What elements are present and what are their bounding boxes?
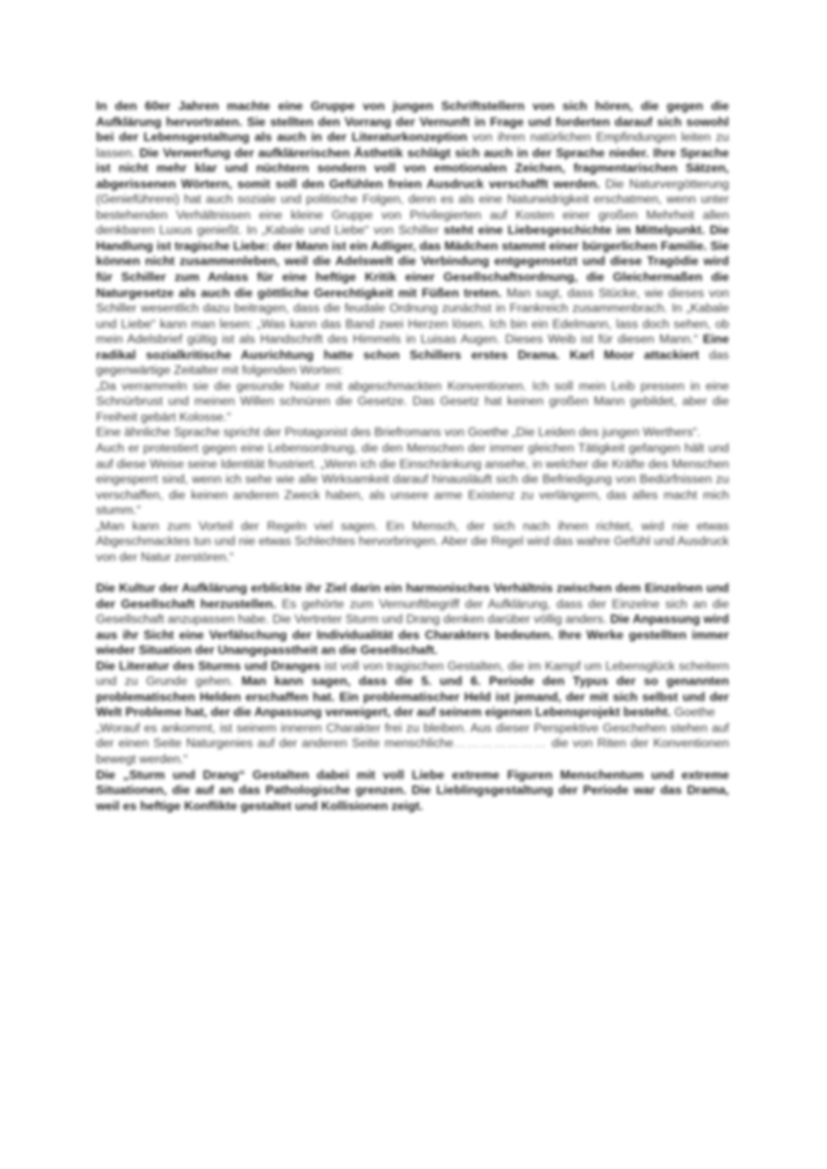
text-segment: Goethe — [674, 705, 715, 719]
paragraph: Die Kultur der Aufklärung erblickte ihr … — [96, 581, 729, 659]
bold-text-segment: Die „Sturm und Drang“ Gestalten dabei mi… — [96, 768, 729, 813]
text-segment: „Man kann zum Vorteil der Regeln viel sa… — [96, 519, 729, 564]
text-segment: Auch er protestiert gegen eine Lebensord… — [96, 441, 729, 517]
document-page: In den 60er Jahren machte eine Gruppe vo… — [96, 99, 729, 814]
bold-text-segment: Die Literatur des Sturms und Dranges — [96, 659, 324, 673]
paragraph: „Worauf es ankommt, ist seinem inneren C… — [96, 721, 729, 768]
text-segment: „Da verrammeln sie die gesunde Natur mit… — [96, 379, 729, 424]
paragraph: Auch er protestiert gegen eine Lebensord… — [96, 441, 729, 519]
paragraph: Eine ähnliche Sprache spricht der Protag… — [96, 425, 729, 441]
paragraph: Die Literatur des Sturms und Dranges ist… — [96, 659, 729, 721]
text-segment: Eine ähnliche Sprache spricht der Protag… — [96, 425, 701, 439]
paragraph: In den 60er Jahren machte eine Gruppe vo… — [96, 99, 729, 379]
paragraph: Die „Sturm und Drang“ Gestalten dabei mi… — [96, 768, 729, 815]
paragraph-spacer — [96, 565, 729, 581]
paragraph: „Man kann zum Vorteil der Regeln viel sa… — [96, 519, 729, 566]
document-body: In den 60er Jahren machte eine Gruppe vo… — [96, 99, 729, 814]
dotted-gap: ………………… — [453, 736, 547, 750]
paragraph: „Da verrammeln sie die gesunde Natur mit… — [96, 379, 729, 426]
